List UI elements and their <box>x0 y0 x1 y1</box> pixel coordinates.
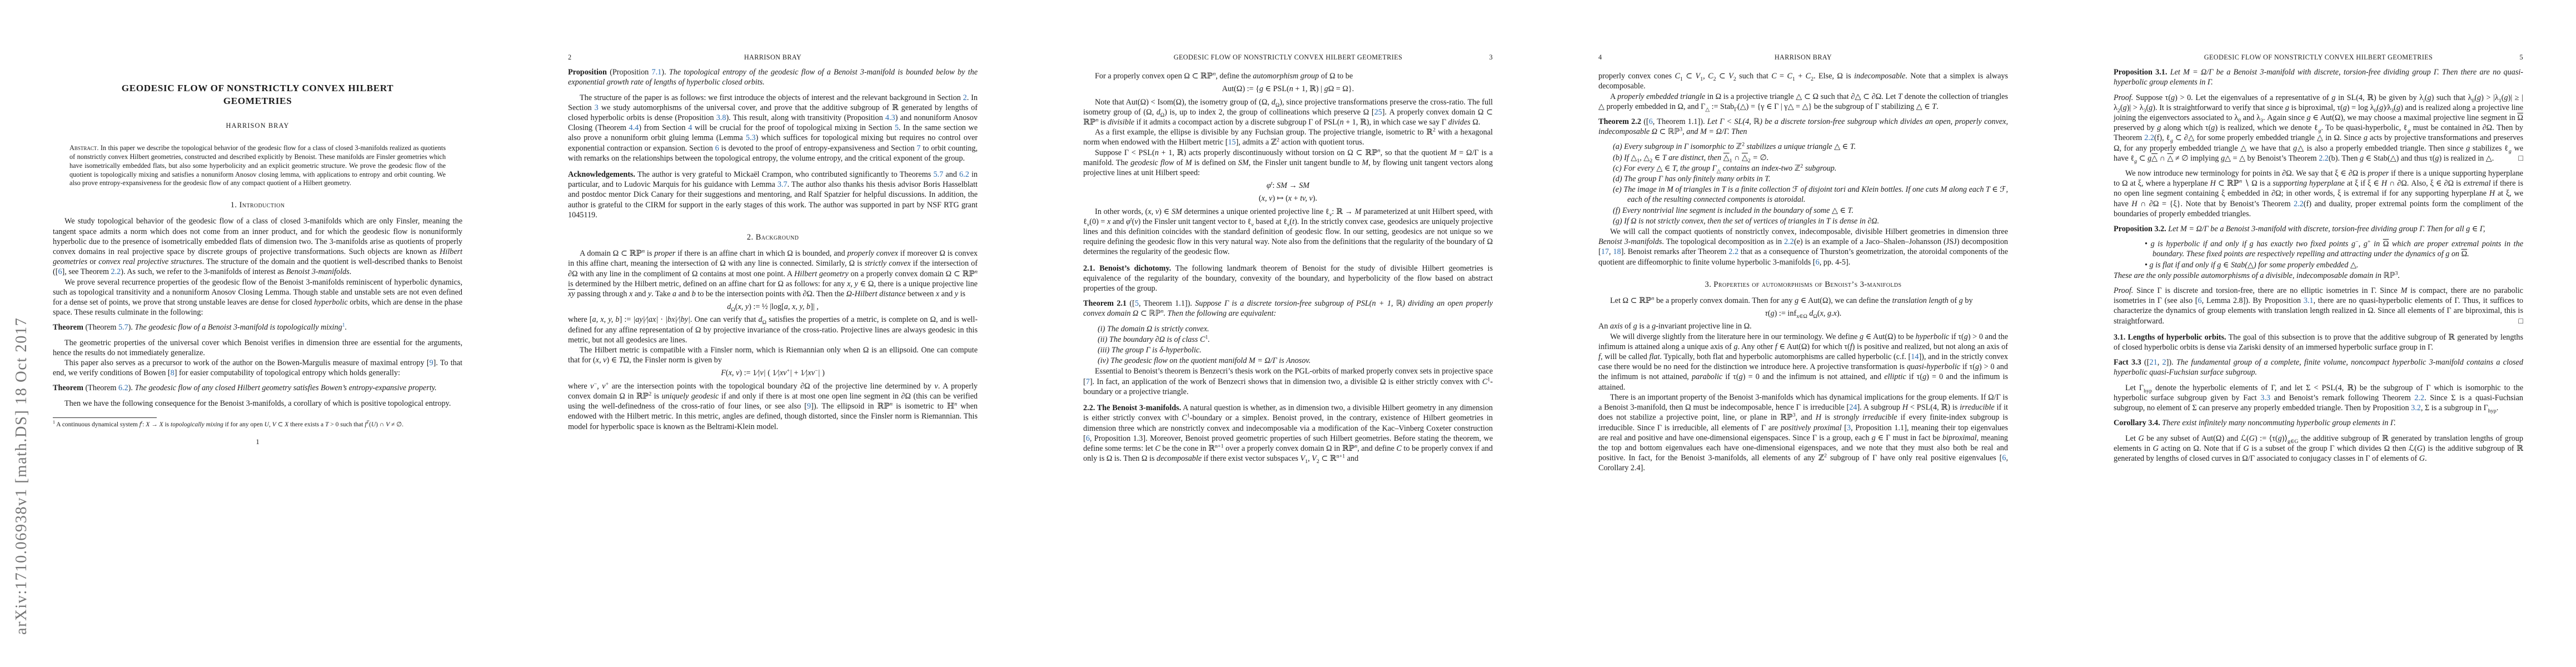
text-segment: ⊂ ℝℙ <box>2216 179 2239 188</box>
paragraph: We will diverge slightly from the litera… <box>1598 332 2008 392</box>
text-segment: H <box>1816 413 1821 422</box>
text-segment: ) := inf <box>1775 309 1797 318</box>
proposition-3-2: Proposition 3.2. Let M = Ω/Γ be a Benois… <box>2114 224 2523 234</box>
text-segment: The geometric properties of the universa… <box>53 339 462 357</box>
text-segment: Proof. <box>2114 93 2133 102</box>
text-segment: △ <box>2167 154 2173 163</box>
text-segment: there exists a <box>288 421 325 428</box>
corollary-3-4: Corollary 3.4. There exist infinitely ma… <box>2114 418 2523 428</box>
text-segment: ([ <box>1127 299 1135 308</box>
text-segment: There exist infinitely many noncommuting… <box>2162 419 2396 427</box>
reference-link[interactable]: 3 <box>595 103 599 112</box>
text-segment: For a properly convex open Ω ⊂ ℝℙ <box>1095 72 1213 81</box>
text-segment: g <box>2278 434 2282 443</box>
reference-link[interactable]: 3.8 <box>716 113 726 122</box>
text-segment: divides <box>1448 118 1471 127</box>
page-number: 3 <box>1473 52 1493 62</box>
text-segment: C <box>1787 72 1792 81</box>
page-2-typeblock: 2 HARRISON BRAY Proposition (Proposition… <box>568 0 978 432</box>
text-segment: d <box>1809 309 1813 318</box>
text-segment: g <box>1633 322 1637 331</box>
reference-link[interactable]: 3.1 <box>2304 296 2314 305</box>
text-segment: (b). Then <box>2329 154 2360 163</box>
text-segment: , <box>597 382 602 391</box>
reference-link[interactable]: 5 <box>1135 299 1139 308</box>
display-equation-aut-group: Aut(Ω) := {g ∈ PSL(n + 1, ℝ) | gΩ = Ω}. <box>1083 84 1493 94</box>
reference-link[interactable]: 2.2 <box>1728 247 1738 256</box>
text-segment: , the Finsler unit tangent bundle to <box>1249 158 1362 167</box>
text-segment: G <box>2249 434 2255 443</box>
paragraph: Suppose Γ < PSL(n + 1, ℝ) acts properly … <box>1083 148 1493 178</box>
page-number: 5 <box>2503 52 2523 62</box>
text-segment: where [ <box>568 315 592 324</box>
text-segment: acting on Ω. Note that if <box>2159 444 2243 453</box>
text-segment: + 1, ℝ), in which case we say Γ <box>1344 118 1448 127</box>
paragraph: Then we have the following consequence f… <box>53 399 462 409</box>
text-segment: hyperbolic <box>1916 332 1950 341</box>
text-segment: ). As such, we refer to the 3-manifolds … <box>121 267 286 276</box>
reference-link[interactable]: 3.7 <box>778 180 788 189</box>
text-segment: indecomposable <box>1854 72 1905 81</box>
reference-link[interactable]: 5 <box>895 123 899 132</box>
text-segment: is biproximal, τ( <box>2289 103 2343 112</box>
text-segment: + <box>1292 194 1300 203</box>
text-segment: ]). <box>2166 358 2176 367</box>
text-segment: Corollary 3.4. <box>2114 419 2160 427</box>
text-segment: △ <box>1742 153 1748 162</box>
reference-link[interactable]: 3 <box>1847 424 1851 432</box>
text-segment: a <box>672 290 676 298</box>
reference-link[interactable]: 4.4 <box>629 123 639 132</box>
text-segment: ). <box>661 68 669 77</box>
reference-link[interactable]: 2.2 <box>2294 200 2304 208</box>
reference-link[interactable]: 7 <box>916 144 920 153</box>
text-segment: ∩ <box>1732 153 1742 162</box>
text-segment: on a properly convex domain Ω ⊂ ℝℙ <box>849 270 975 278</box>
text-segment: divisible <box>1108 118 1134 127</box>
paragraph: Note that Aut(Ω) < Isom(Ω), the isometry… <box>1083 97 1493 128</box>
text-segment: a, x, y, b <box>592 315 620 324</box>
text-segment: n+1 <box>1337 453 1346 459</box>
reference-link[interactable]: 2.2 <box>2414 394 2424 402</box>
text-segment: |ax| <box>646 315 658 324</box>
paragraph: As a first example, the ellipse is divis… <box>1083 127 1493 147</box>
text-segment: (0) = <box>1089 217 1107 226</box>
text-segment: C <box>1708 72 1713 81</box>
text-segment: (Theorem <box>83 323 118 332</box>
text-segment: . Else, Ω is <box>1813 72 1854 81</box>
paragraph: For a properly convex open Ω ⊂ ℝℙn, defi… <box>1083 71 1493 81</box>
text-segment: ) ∈ <box>1159 207 1172 216</box>
text-segment: The author is very grateful to Mickaël C… <box>635 170 934 179</box>
text-segment: (△) = {γ ∈ Γ | γ△ = △} be the subgroup o… <box>1737 102 1932 111</box>
text-segment: ]| , <box>810 302 819 311</box>
text-segment: T <box>1898 92 1902 101</box>
text-segment: M <box>1362 158 1368 167</box>
reference-link[interactable]: 9 <box>429 359 433 367</box>
reference-link[interactable]: 7 <box>1086 377 1090 386</box>
text-segment: where <box>568 382 590 391</box>
reference-link[interactable]: 8 <box>171 369 175 377</box>
display-equation-translation-length: τ(g) := infx∈Ω dΩ(x, g.x). <box>1598 308 2008 318</box>
text-segment: The structure of the paper is as follows… <box>580 93 963 102</box>
text-segment: , will be called <box>1601 352 1650 361</box>
reference-link[interactable]: 2.2 <box>1784 237 1794 246</box>
reference-link[interactable]: 6.2 <box>959 170 969 179</box>
section-heading-introduction: 1. Introduction <box>53 200 462 210</box>
pdf-canvas: arXiv:1710.06938v1 [math.DS] 18 Oct 2017… <box>0 0 2576 667</box>
text-segment: ) such that λ <box>2431 93 2472 102</box>
page-3: GEODESIC FLOW OF NONSTRICTLY CONVEX HILB… <box>1030 0 1546 667</box>
text-segment: )| > λ <box>2127 103 2144 112</box>
text-segment: is isometric to ℍ <box>893 402 954 411</box>
text-segment: ⊂ ∂△ for some properly embedded triangle… <box>2173 133 2364 142</box>
page-4-typeblock: 4 HARRISON BRAY properly convex cones C1… <box>1598 0 2008 474</box>
reference-link[interactable]: 4.3 <box>885 113 895 122</box>
text-segment: ) is realized in △. <box>2439 154 2494 163</box>
reference-link[interactable]: 6 <box>715 144 719 153</box>
text-segment: ) > 0. Let the eigenvalues of a represen… <box>2175 93 2331 102</box>
text-segment: x, v <box>1262 194 1273 203</box>
text-segment: is <box>1098 118 1108 127</box>
theorem-5-7: Theorem (Theorem 5.7). The geodesic flow… <box>53 322 462 332</box>
text-segment: ) = 0 and the infimum is not attained, a… <box>1743 372 1885 381</box>
text-segment: Proof. <box>2114 286 2133 295</box>
proof: Proof. Suppose τ(g) > 0. Let the eigenva… <box>2114 93 2523 163</box>
page-1-typeblock: GEODESIC FLOW OF NONSTRICTLY CONVEX HILB… <box>53 0 462 447</box>
text-segment: ], see Theorem <box>62 267 111 276</box>
text-segment: Then we have the following consequence f… <box>64 399 451 408</box>
text-segment: preserved by <box>2114 123 2157 132</box>
text-segment: V <box>1728 72 1733 81</box>
text-segment: (b) If △ <box>1613 153 1637 162</box>
text-segment: A continuous dynamical system <box>55 421 139 428</box>
page-2: 2 HARRISON BRAY Proposition (Proposition… <box>515 0 1030 667</box>
text-segment: g <box>1259 84 1263 93</box>
text-segment: ]. In fact, an application of the work o… <box>1090 377 1482 386</box>
text-segment: Ω <box>2383 240 2389 248</box>
page-5: GEODESIC FLOW OF NONSTRICTLY CONVEX HILB… <box>2061 0 2576 667</box>
text-segment: d <box>759 315 763 324</box>
arxiv-watermark: arXiv:1710.06938v1 [math.DS] 18 Oct 2017 <box>17 317 27 635</box>
text-segment: strictly convex <box>865 259 911 268</box>
paragraph: An axis of g is a g-invariant projective… <box>1598 321 2008 331</box>
text-segment: ). This result, along with transitivity … <box>726 113 885 122</box>
text-segment: biproximal <box>1942 434 1977 442</box>
text-segment: ). <box>1837 309 1841 318</box>
text-segment: x∈Ω <box>1796 313 1807 320</box>
reference-link[interactable]: 18 <box>1613 247 1621 256</box>
text-segment: ], admits a ℤ <box>1236 138 1277 147</box>
text-segment: |xv <box>806 369 815 377</box>
proposition-3-1: Proposition 3.1. Let M = Ω/Γ be a Benois… <box>2114 67 2523 87</box>
text-segment: (i) The domain Ω is strictly convex. <box>1098 325 1209 333</box>
text-segment: contains an index-two ℤ <box>1721 164 1800 173</box>
text-segment: g <box>1959 296 1963 305</box>
text-segment: flat <box>1650 352 1660 361</box>
text-segment: (Theorem <box>83 384 118 392</box>
reference-link[interactable]: 25 <box>1374 108 1382 117</box>
list-item: (b) If △1, △2 ∈ T are distinct, then △1 … <box>1598 153 2008 163</box>
text-segment: ) := ½ |log[ <box>749 302 784 311</box>
reference-link[interactable]: 2 <box>2163 358 2166 367</box>
text-segment: subgroup. <box>1803 164 1836 173</box>
text-segment: (d) The group Γ has only finitely many o… <box>1613 175 1771 183</box>
running-head-title: GEODESIC FLOW OF NONSTRICTLY CONVEX HILB… <box>2134 52 2503 62</box>
text-segment: → <box>1287 181 1299 190</box>
reference-link[interactable]: 6.2 <box>118 384 128 392</box>
text-segment: ∩ <box>2158 154 2167 163</box>
reference-link[interactable]: 17 <box>1601 247 1609 256</box>
footnote-rule <box>53 417 157 418</box>
text-segment: ⊂ <box>1716 72 1729 81</box>
text-segment: be the cone in ℝ <box>1160 444 1215 453</box>
text-segment: g <box>2504 93 2508 102</box>
text-segment: Theorem 2.1 <box>1083 299 1127 308</box>
text-segment: ∩ ∂Ω = {ξ}. Note that by Benoist’s Theor… <box>2137 200 2294 208</box>
text-segment: The geodesic flow of a Benoist 3-manifol… <box>135 323 342 332</box>
text-segment: ⊂ ℝ <box>1319 454 1337 463</box>
reference-link[interactable]: 14 <box>1911 352 1919 361</box>
text-segment: , △ <box>1640 153 1650 162</box>
text-segment: G <box>2419 454 2425 463</box>
text-segment: Fact 3.3 <box>2114 358 2141 367</box>
text-segment: Proposition 3.2. <box>2114 225 2166 233</box>
text-segment: ) := 1∕ <box>739 369 758 377</box>
text-segment: (ii) The boundary ∂Ω is of class C <box>1098 335 1205 344</box>
list-item: (i) The domain Ω is strictly convex. <box>1083 324 1493 334</box>
text-segment: g <box>2123 103 2127 112</box>
reference-link[interactable]: 2.2 <box>2144 133 2154 142</box>
text-segment: if for any open <box>223 421 265 428</box>
text-segment: H <box>2210 179 2216 188</box>
text-segment: is <box>1821 413 1833 422</box>
running-head-title: GEODESIC FLOW OF NONSTRICTLY CONVEX HILB… <box>1103 52 1473 62</box>
text-segment: g <box>2306 113 2310 122</box>
text-segment: . The topological decomposition as in <box>1662 237 1784 246</box>
text-segment: ) ↦ ( <box>1272 194 1288 203</box>
reference-link[interactable]: 2 <box>963 93 967 102</box>
text-segment: )∕λ <box>2383 103 2391 112</box>
text-segment: hyperbolic <box>314 298 348 307</box>
text-segment: is a subset of the group Γ which divides… <box>2249 444 2417 453</box>
text-segment: x, v <box>1148 207 1159 216</box>
text-segment: We study topological behavior of the geo… <box>53 217 462 256</box>
text-segment: g <box>1872 434 1876 442</box>
text-segment: △ = △ by Benoist’s Theorem <box>2225 154 2319 163</box>
paragraph: Let G be any subset of Aut(Ω) and ℒ(G) :… <box>2114 434 2523 464</box>
text-segment: elliptic <box>1884 372 1906 381</box>
text-segment: g <box>1739 372 1743 381</box>
reference-link[interactable]: 3.2 <box>2411 404 2421 412</box>
reference-link[interactable]: 24 <box>1849 403 1857 412</box>
paper-author: HARRISON BRAY <box>53 121 462 131</box>
list-item: (d) The group Γ has only finitely many o… <box>1598 174 2008 184</box>
text-segment: g <box>1771 309 1775 318</box>
text-segment: , g <box>2359 240 2368 248</box>
text-segment: passing through <box>575 290 629 298</box>
reference-link[interactable]: 5.7 <box>118 323 128 332</box>
list-item: (e) The image in M of triangles in T is … <box>1598 185 2008 205</box>
text-segment: ∖ Ω is a <box>2242 179 2273 188</box>
text-segment: △ <box>2151 154 2158 163</box>
text-segment: |by| <box>679 315 690 324</box>
text-segment: uniquely geodesic <box>661 392 719 401</box>
text-segment: . <box>350 267 352 276</box>
text-segment: stabilizes ℓ <box>2470 144 2509 153</box>
reference-link[interactable]: 6 <box>58 267 62 276</box>
text-segment: • <box>2145 240 2151 248</box>
text-segment: □ <box>2518 316 2523 326</box>
paragraph: The Hilbert metric is compatible with a … <box>568 345 978 365</box>
text-segment: , and <box>1796 413 1816 422</box>
text-segment: Let Γ <box>2125 384 2144 392</box>
reference-link[interactable]: 5.7 <box>933 170 943 179</box>
text-segment: ) the Finsler unit tangent vector to ℓ <box>1138 217 1252 226</box>
text-segment: is <box>645 249 654 258</box>
text-segment: △ <box>1705 107 1710 113</box>
paragraph: Let Ω ⊂ ℝℙn be a properly convex domain.… <box>1598 296 2008 306</box>
text-segment: C <box>1155 444 1160 453</box>
text-segment: , Theorem 1.1]). <box>1653 117 1707 126</box>
text-segment: : <box>1273 181 1277 190</box>
text-segment: is <box>651 392 661 401</box>
paragraph: We now introduce new terminology for poi… <box>2114 168 2523 219</box>
text-segment: ). <box>128 323 135 332</box>
display-equation-hilbert-distance: dΩ(x, y) := ½ |log[a, x, y, b]| , <box>568 302 978 312</box>
text-segment: strongly irreducible <box>1833 413 1897 422</box>
text-segment: action with quotient torus. <box>1279 138 1364 147</box>
text-segment: , and M = Ω/Γ. Then <box>1682 127 1747 136</box>
text-segment: V <box>1696 72 1701 81</box>
text-segment: Ω <box>2462 250 2468 258</box>
text-segment: , and define <box>1357 444 1396 453</box>
text-segment: Abstract. <box>69 144 98 152</box>
list-item: (iv) The geodesic flow on the quotient m… <box>1083 356 1493 366</box>
text-segment: g <box>2364 133 2368 142</box>
paragraph: A domain Ω ⊂ ℝℙn is proper if there is a… <box>568 248 978 299</box>
acknowledgements: Acknowledgements. The author is very gra… <box>568 170 978 220</box>
text-segment: . Typically, both flat and hyperbolic au… <box>1660 352 1911 361</box>
paragraph: The structure of the paper is as follows… <box>568 93 978 163</box>
paragraph: Let Γhyp denote the hyperbolic elements … <box>2114 383 2523 414</box>
text-segment: stabilizes a unique triangle △ ∈ T. <box>1745 142 1856 151</box>
list-item: (g) If Ω is not strictly convex, then th… <box>1598 216 2008 226</box>
text-segment: x, v <box>729 369 740 377</box>
text-segment: (Proposition <box>607 68 652 77</box>
text-segment: U <box>371 421 376 428</box>
reference-link[interactable]: 2.2 <box>111 267 121 276</box>
text-segment: g∈G <box>2288 438 2298 444</box>
paragraph: This paper also serves as a precursor to… <box>53 358 462 378</box>
text-segment: g <box>2343 103 2347 112</box>
text-segment: or <box>87 257 98 266</box>
display-equation-finsler-norm: F(x, v) := 1∕|v| ( 1∕|xv+| + 1∕|xv−| ) <box>568 368 978 378</box>
text-segment: G <box>2138 434 2144 443</box>
text-segment: < PSL(4, ℝ) is <box>1908 403 1960 412</box>
text-segment: . Then the following are equivalent: <box>1163 309 1276 318</box>
text-segment: (iv) The geodesic flow on the quotient m… <box>1098 356 1311 365</box>
text-segment: ) ∩ <box>376 421 386 428</box>
text-segment: n <box>1289 84 1293 93</box>
subsection-2-2: 2.2. The Benoist 3-manifolds. A natural … <box>1083 403 1493 464</box>
reference-link[interactable]: 5.3 <box>746 133 756 142</box>
text-segment: H <box>2131 200 2137 208</box>
text-segment: if it admits a cocompact action by a dis… <box>1134 118 1340 127</box>
text-segment: ⊂ <box>276 421 285 428</box>
text-segment: G <box>2153 444 2159 453</box>
list-item: (ii) The boundary ∂Ω is of class C1. <box>1083 335 1493 345</box>
reference-link[interactable]: 3.3 <box>2260 394 2270 402</box>
paragraph: where [a, x, y, b] := |ay|∕|ax| · |bx|∕|… <box>568 315 978 345</box>
text-segment: such that <box>1736 72 1771 81</box>
text-segment: and <box>676 290 692 298</box>
reference-link[interactable]: 6 <box>1086 434 1090 443</box>
list-item: (f) Every nontrivial line segment is inc… <box>1598 206 2008 216</box>
text-segment: Ω <box>731 307 735 313</box>
running-head-title: HARRISON BRAY <box>588 52 958 62</box>
text-segment: n <box>1340 118 1344 127</box>
reference-link[interactable]: 6 <box>2198 296 2202 305</box>
text-segment: . <box>345 323 347 332</box>
text-segment: a, x, y, b <box>784 302 810 311</box>
text-segment: b <box>692 290 696 298</box>
reference-link[interactable]: 15 <box>1228 138 1235 147</box>
text-segment: Let Ω ⊂ ℝℙ <box>1610 296 1651 305</box>
text-segment: Ω <box>1813 313 1817 320</box>
text-segment: ⊂ <box>1683 72 1696 81</box>
text-segment: T <box>1932 102 1936 111</box>
section-heading-properties: 3. Properties of automorphisms of Benois… <box>1598 280 2008 290</box>
text-segment: n+1 <box>1215 443 1224 449</box>
text-segment: H <box>2489 189 2495 198</box>
running-head: 2 HARRISON BRAY <box>568 52 978 62</box>
text-segment: is <box>958 290 965 298</box>
reference-link[interactable]: 21 <box>2150 358 2158 367</box>
text-segment: . <box>1936 102 1939 111</box>
text-segment: SM <box>1299 181 1309 190</box>
text-segment: is a <box>1637 322 1652 331</box>
text-segment: to be the intersection points with ∂Ω. T… <box>696 290 846 298</box>
paragraph: There is an important property of the Be… <box>1598 392 2008 474</box>
theorem-2-2: Theorem 2.2 ([6, Theorem 1.1]). Let Γ < … <box>1598 117 2008 137</box>
text-segment: g <box>1975 362 1979 371</box>
text-segment: (a) Every subgroup in Γ isomorphic to ℤ <box>1613 142 1742 151</box>
text-segment: X → X <box>146 421 163 428</box>
reference-link[interactable]: 6 <box>1649 117 1653 126</box>
text-segment: g is flat if and only if g ∈ Stab(△) for… <box>2150 261 2359 270</box>
text-segment: ∈ Ω, there is a unique projective line <box>858 280 978 288</box>
text-segment: if τ( <box>1722 372 1738 381</box>
text-segment: Hilbert geometry <box>794 270 849 278</box>
text-segment: irreducible <box>1960 403 1995 412</box>
text-segment: ]). The ellipsoid in ℝℙ <box>811 402 890 411</box>
text-segment: . Again since <box>2263 113 2307 122</box>
text-segment: In this paper we describe the topologica… <box>69 144 446 187</box>
text-segment: ) is realized, which we denote ℓ <box>2215 123 2318 132</box>
text-segment: ) is, up to index 2, the group of collin… <box>1164 108 1374 117</box>
reference-link[interactable]: 7.1 <box>652 68 662 77</box>
reference-link[interactable]: 2.2 <box>2319 154 2329 163</box>
text-segment: ∈ Aut(Ω), we may choose a maximal projec… <box>2311 113 2518 122</box>
text-segment: determines a unique oriented projective … <box>1182 207 1329 216</box>
text-segment: at ξ if ξ ∈ <box>2345 179 2381 188</box>
reference-link[interactable]: 6 <box>1816 258 1820 267</box>
theorem-tail: These are the only possible automorphism… <box>2114 271 2523 281</box>
text-segment: C <box>1806 72 1811 81</box>
paragraph: The geometric properties of the universa… <box>53 338 462 358</box>
text-segment: Acknowledgements. <box>568 170 635 179</box>
